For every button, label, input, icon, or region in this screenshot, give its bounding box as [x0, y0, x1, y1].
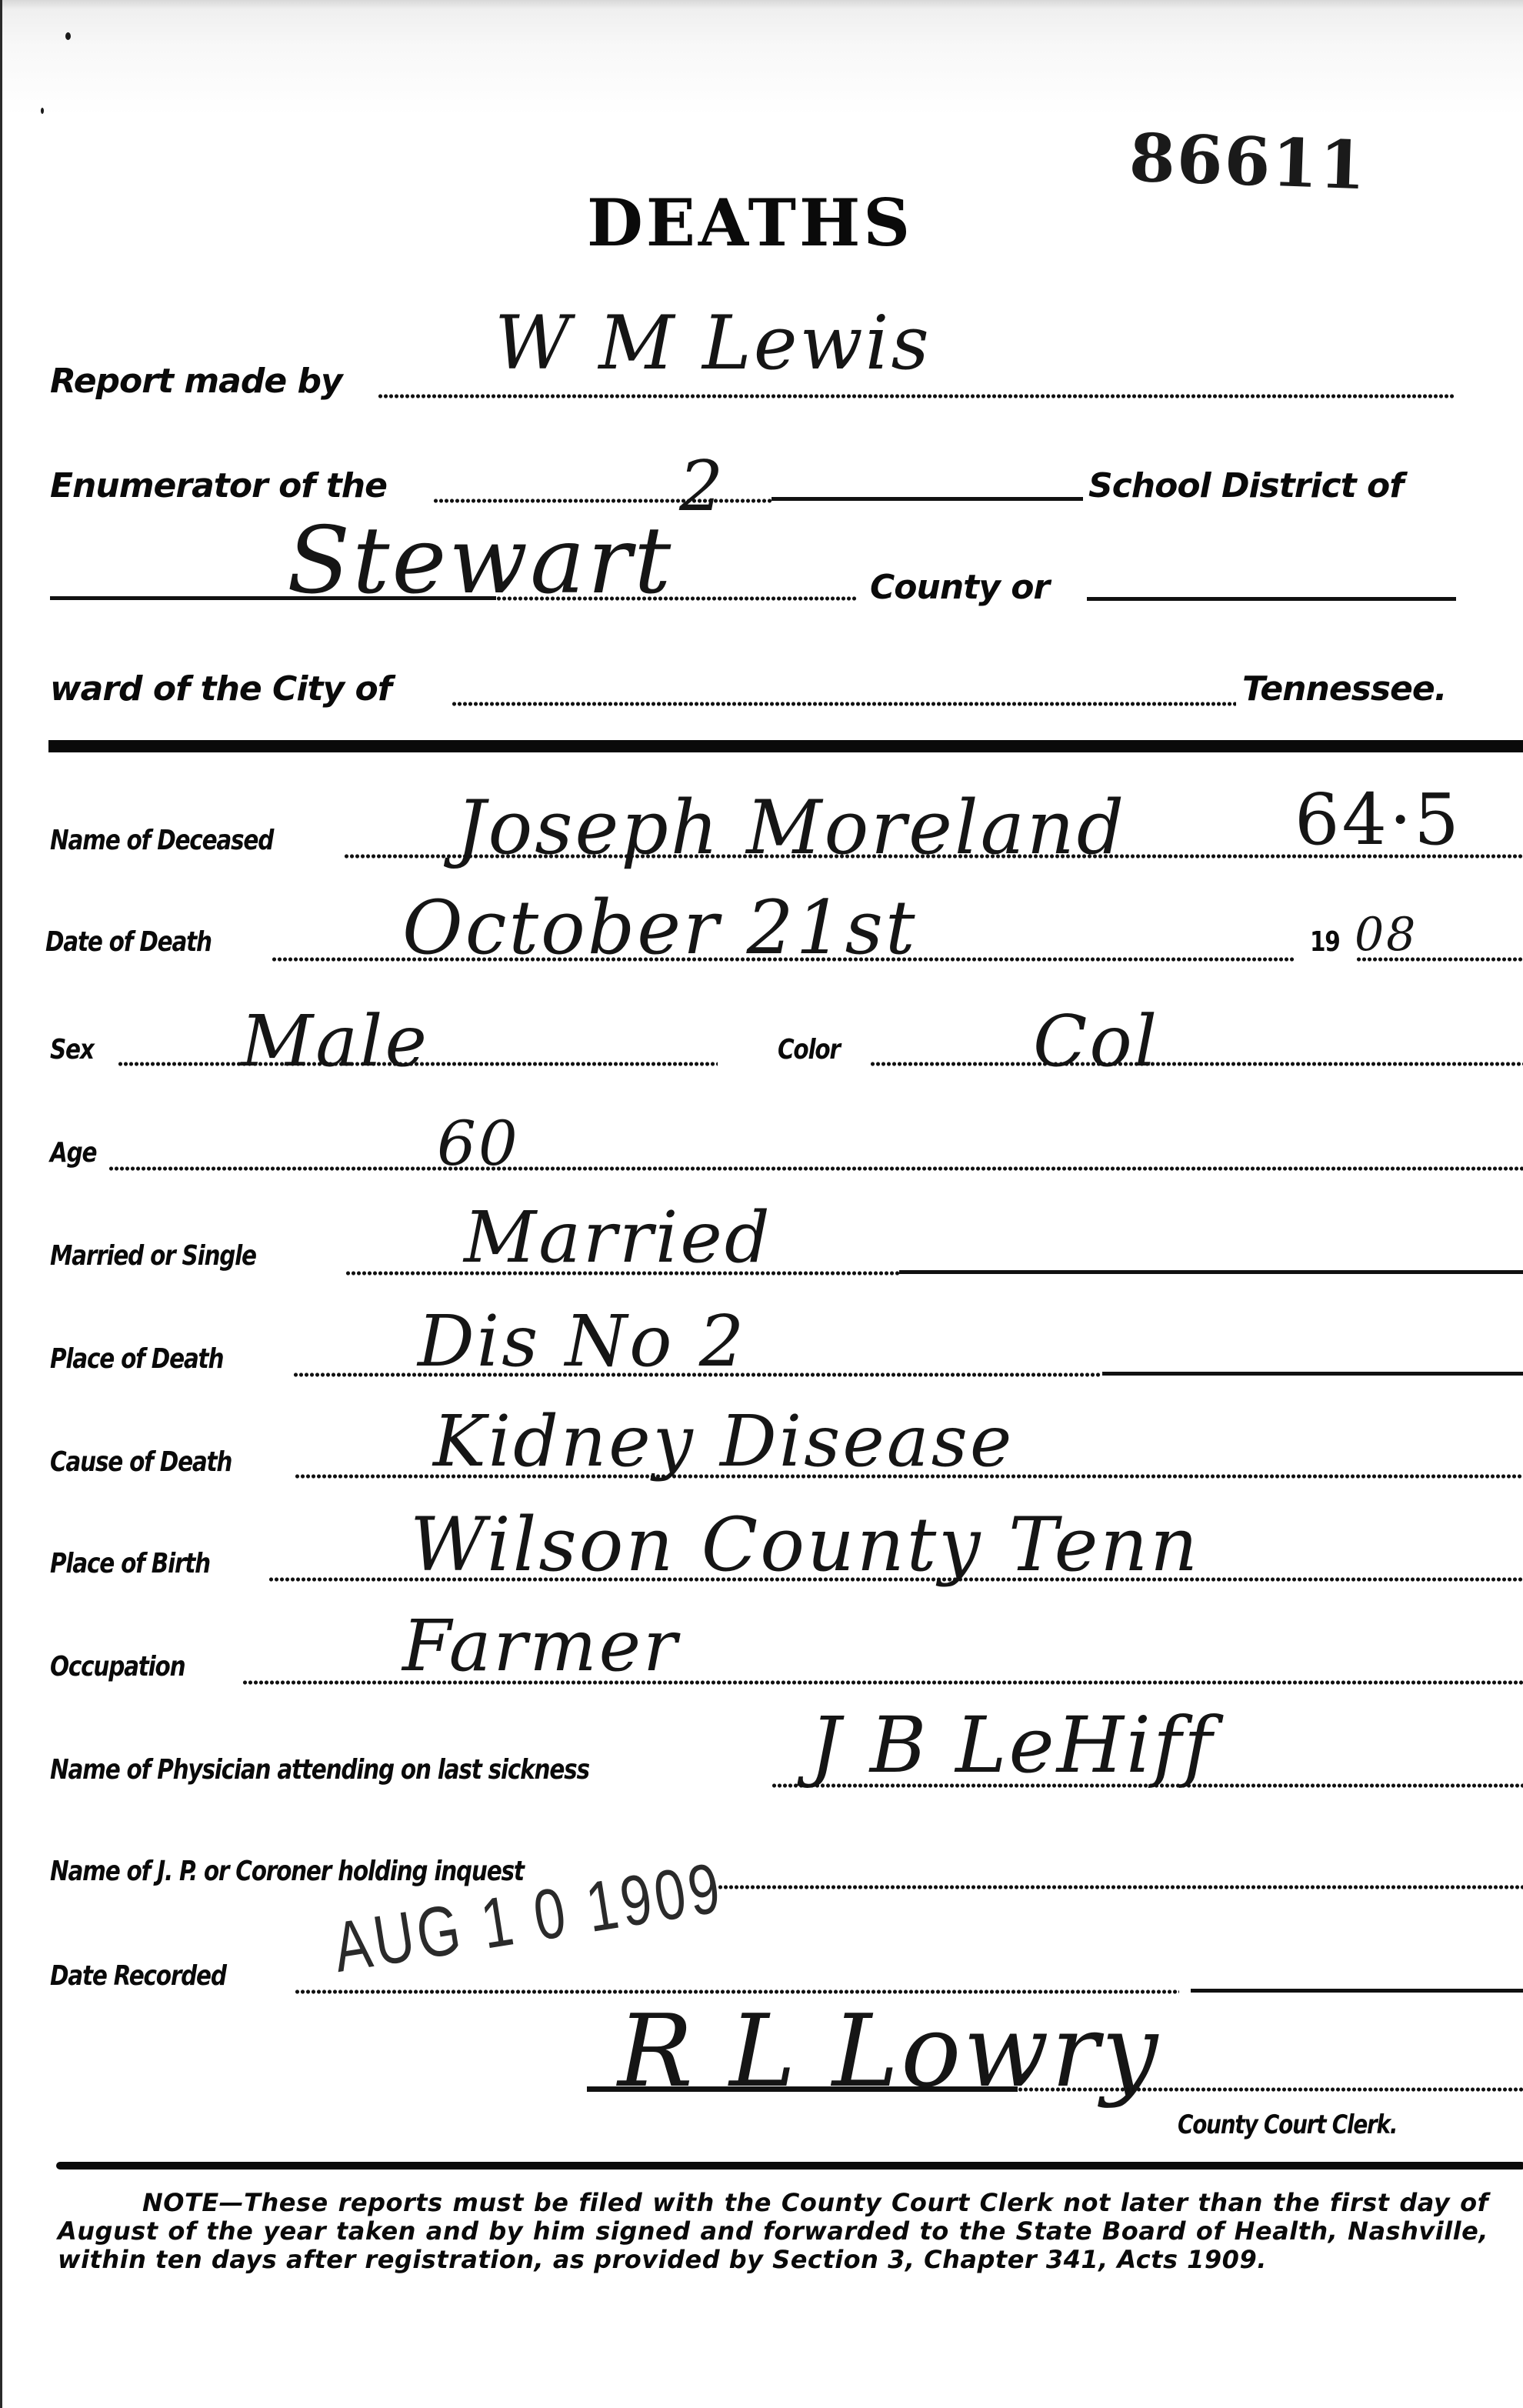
physician-line — [771, 1783, 1523, 1788]
date-recorded-line-solid — [1191, 1989, 1523, 1993]
footer-note: NOTE—These reports must be filed with th… — [58, 2189, 1488, 2274]
report-made-by-label: Report made by — [50, 362, 342, 401]
footer-note-text: NOTE—These reports must be filed with th… — [58, 2188, 1488, 2274]
signature-line-solid — [587, 2086, 1018, 2092]
sex-label: Sex — [50, 1034, 94, 1066]
date-recorded-label: Date Recorded — [50, 1960, 226, 1992]
scan-speck — [41, 108, 44, 114]
date-of-death-label: Date of Death — [45, 926, 212, 958]
year-prefix: 19 — [1310, 926, 1340, 958]
cause-of-death-value: Kidney Disease — [433, 1400, 1014, 1482]
place-of-birth-label: Place of Birth — [50, 1548, 210, 1579]
death-record-page: 86611 DEATHS Report made by W M Lewis En… — [0, 0, 1523, 2408]
footer-divider — [56, 2162, 1523, 2170]
enumerator-label: Enumerator of the — [50, 466, 387, 505]
section-divider — [48, 740, 1523, 752]
age-line — [108, 1166, 1523, 1171]
school-district-label: School District of — [1088, 466, 1403, 505]
school-district-number: 2 — [679, 446, 725, 527]
report-made-by-value: W M Lewis — [495, 300, 931, 386]
color-label: Color — [778, 1034, 840, 1066]
deceased-name-label: Name of Deceased — [50, 825, 273, 856]
place-of-birth-value: Wilson County Tenn — [410, 1502, 1200, 1588]
marital-status-line-dotted — [345, 1271, 899, 1276]
deceased-name-line — [344, 854, 1523, 859]
county-line-solid — [50, 596, 496, 600]
county-or-line — [1087, 597, 1456, 601]
document-title: DEATHS — [587, 185, 913, 261]
enumerator-line-solid — [771, 497, 1083, 501]
enumerator-line-dotted — [433, 499, 771, 503]
marital-status-value: Married — [464, 1196, 772, 1279]
cause-of-death-label: Cause of Death — [50, 1446, 232, 1478]
year-suffix: 08 — [1355, 908, 1418, 962]
coroner-line — [718, 1885, 1523, 1889]
date-of-death-line — [272, 957, 1295, 962]
city-ward-line — [452, 702, 1236, 706]
occupation-value: Farmer — [402, 1605, 679, 1687]
marital-status-line-solid — [899, 1270, 1523, 1274]
record-number: 86611 — [1128, 119, 1368, 205]
age-label: Age — [50, 1137, 96, 1169]
scan-speck — [65, 32, 71, 40]
city-ward-label: ward of the City of — [50, 669, 392, 709]
sex-value: Male — [241, 1000, 429, 1082]
color-line — [870, 1062, 1523, 1066]
occupation-label: Occupation — [50, 1651, 185, 1683]
county-line-dotted — [496, 596, 858, 601]
deceased-name-annotation: 64·5 — [1295, 779, 1461, 861]
report-made-by-line — [378, 394, 1455, 399]
place-of-birth-line — [268, 1577, 1523, 1582]
place-of-death-value: Dis No 2 — [418, 1300, 746, 1382]
place-of-death-label: Place of Death — [50, 1343, 223, 1375]
physician-label: Name of Physician attending on last sick… — [50, 1754, 589, 1786]
color-value: Col — [1033, 1000, 1159, 1082]
place-of-death-line-solid — [1102, 1372, 1523, 1376]
tennessee-label: Tennessee. — [1242, 669, 1446, 709]
marital-status-label: Married or Single — [50, 1240, 256, 1272]
clerk-signature: R L Lowry — [618, 1993, 1160, 2110]
scan-edge-smudge — [2, 0, 1523, 115]
county-label: County or — [870, 568, 1049, 607]
cause-of-death-line — [295, 1474, 1523, 1479]
place-of-death-line-dotted — [293, 1372, 1101, 1377]
occupation-line — [242, 1680, 1523, 1685]
signature-line-dotted — [1018, 2087, 1523, 2092]
clerk-title: County Court Clerk. — [1178, 2110, 1397, 2140]
physician-value: J B LeHiff — [810, 1700, 1215, 1790]
coroner-label: Name of J. P. or Coroner holding inquest — [50, 1856, 524, 1887]
year-line — [1356, 957, 1523, 962]
sex-line — [118, 1062, 718, 1066]
